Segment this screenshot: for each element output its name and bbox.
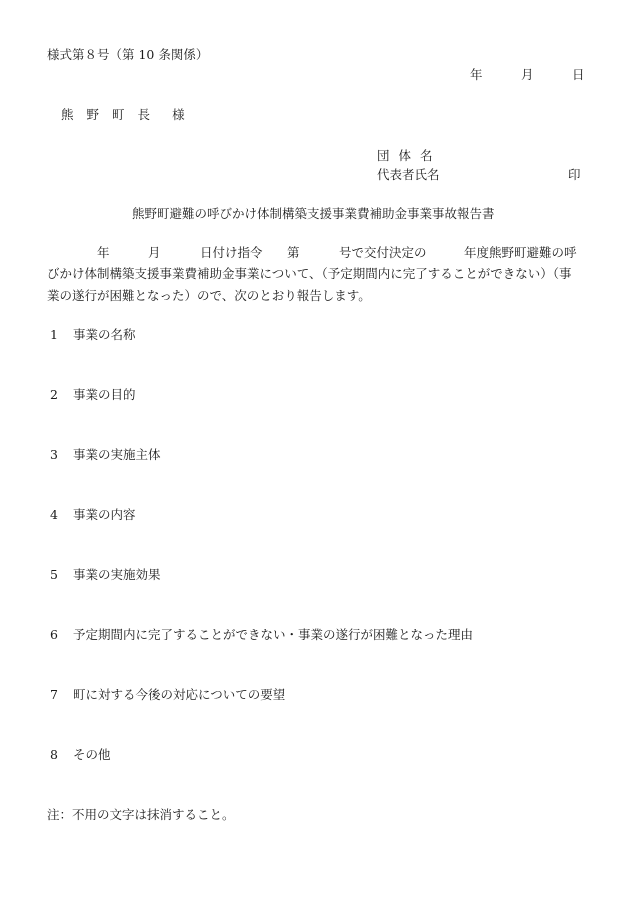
seal-label: 印 bbox=[568, 169, 581, 182]
item-label: 事業の内容 bbox=[73, 507, 136, 522]
date-year-label: 年 bbox=[470, 69, 483, 82]
item-number: 7 bbox=[50, 689, 73, 702]
item-number: 4 bbox=[50, 509, 73, 522]
form-number: 様式第８号（第 10 条関係） bbox=[47, 49, 208, 62]
item-label: 予定期間内に完了することができない・事業の遂行が困難となった理由 bbox=[73, 627, 473, 642]
item-number: 2 bbox=[50, 389, 73, 402]
body-number-prefix: 第 bbox=[287, 247, 300, 260]
item-1: 1事業の名称 bbox=[50, 329, 136, 342]
body-day-directive: 日付け指令 bbox=[200, 247, 263, 260]
addressee-char: 長 bbox=[138, 109, 151, 122]
item-label: 事業の目的 bbox=[73, 387, 136, 402]
footnote: 注：不用の文字は抹消すること。 bbox=[47, 809, 235, 822]
org-label-char: 体 bbox=[399, 150, 412, 163]
addressee-honorific: 様 bbox=[172, 109, 185, 122]
document-title: 熊野町避難の呼びかけ体制構築支援事業費補助金事業事故報告書 bbox=[132, 208, 495, 221]
org-label-char: 名 bbox=[420, 150, 433, 163]
item-5: 5事業の実施効果 bbox=[50, 569, 161, 582]
organization-name-label: 団体名 bbox=[377, 150, 442, 163]
addressee-char: 町 bbox=[112, 109, 125, 122]
body-year-label: 年 bbox=[97, 247, 110, 260]
item-4: 4事業の内容 bbox=[50, 509, 136, 522]
item-label: 事業の実施効果 bbox=[73, 567, 161, 582]
item-label: その他 bbox=[73, 747, 111, 762]
body-line-3: 業の遂行が困難となった）ので、次のとおり報告します。 bbox=[47, 290, 587, 303]
item-label: 町に対する今後の対応についての要望 bbox=[73, 687, 285, 702]
addressee: 熊野町長様 bbox=[61, 109, 185, 122]
date-day-label: 日 bbox=[572, 69, 585, 82]
item-number: 5 bbox=[50, 569, 73, 582]
item-label: 事業の実施主体 bbox=[73, 447, 161, 462]
representative-name-label: 代表者氏名 bbox=[377, 169, 440, 182]
item-number: 1 bbox=[50, 329, 73, 342]
body-month-label: 月 bbox=[148, 247, 161, 260]
item-number: 6 bbox=[50, 629, 73, 642]
item-number: 8 bbox=[50, 749, 73, 762]
body-fiscal-year: 年度熊野町避難の呼 bbox=[464, 247, 577, 260]
org-label-char: 団 bbox=[377, 150, 390, 163]
item-label: 事業の名称 bbox=[73, 327, 136, 342]
item-number: 3 bbox=[50, 449, 73, 462]
date-month-label: 月 bbox=[521, 69, 534, 82]
body-line-2: びかけ体制構築支援事業費補助金事業について、（予定期間内に完了することができない… bbox=[47, 268, 587, 281]
item-8: 8その他 bbox=[50, 749, 111, 762]
item-7: 7町に対する今後の対応についての要望 bbox=[50, 689, 285, 702]
addressee-char: 熊 bbox=[61, 109, 74, 122]
item-3: 3事業の実施主体 bbox=[50, 449, 161, 462]
body-number-suffix: 号で交付決定の bbox=[339, 247, 427, 260]
item-2: 2事業の目的 bbox=[50, 389, 136, 402]
addressee-char: 野 bbox=[87, 109, 100, 122]
item-6: 6予定期間内に完了することができない・事業の遂行が困難となった理由 bbox=[50, 629, 473, 642]
